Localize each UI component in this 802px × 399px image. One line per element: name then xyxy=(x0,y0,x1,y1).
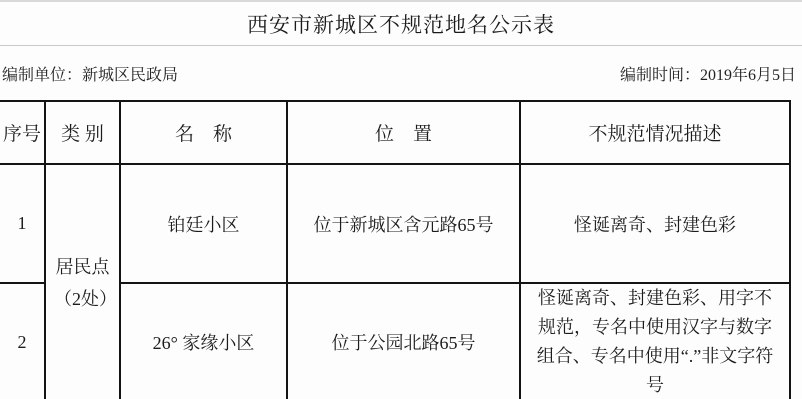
green-edge-mark xyxy=(520,390,521,399)
prepared-date: 编制时间：2019年6月5日 xyxy=(620,62,796,85)
notice-document: 西安市新城区不规范地名公示表 编制单位：新城区民政局 编制时间：2019年6月5… xyxy=(0,0,802,399)
cell-location-2: 位于公园北路65号 xyxy=(287,283,520,399)
cell-no-2: 2 xyxy=(0,283,45,399)
column-header-no: 序号 xyxy=(0,101,45,164)
cell-description-2-text: 怪诞离奇、封建色彩、用字不规范，专名中使用汉字与数字组合、专名中使用“.”非文字… xyxy=(537,288,773,395)
column-header-category: 类 别 xyxy=(45,101,120,164)
prepared-by: 编制单位：新城区民政局 xyxy=(2,62,178,85)
prepared-date-value: 2019年6月5日 xyxy=(700,67,796,84)
cell-no-1: 1 xyxy=(0,164,45,283)
column-header-description: 不规范情况描述 xyxy=(520,101,790,164)
meta-row: 编制单位：新城区民政局 编制时间：2019年6月5日 xyxy=(0,46,802,100)
prepared-date-label: 编制时间： xyxy=(620,67,700,84)
cell-name-2: 26° 家缘小区 xyxy=(120,283,287,399)
cell-category-merged: 居民点（2处） xyxy=(45,164,120,399)
table-header-row: 序号 类 别 名 称 位 置 不规范情况描述 xyxy=(0,101,790,164)
cell-description-1: 怪诞离奇、封建色彩 xyxy=(520,164,790,283)
cell-location-1: 位于新城区含元路65号 xyxy=(287,164,520,283)
column-header-location: 位 置 xyxy=(287,101,520,164)
cell-description-2: 怪诞离奇、封建色彩、用字不规范，专名中使用汉字与数字组合、专名中使用“.”非文字… xyxy=(520,283,790,399)
title-row: 西安市新城区不规范地名公示表 xyxy=(0,2,802,46)
page-title: 西安市新城区不规范地名公示表 xyxy=(247,9,555,39)
column-header-name: 名 称 xyxy=(120,101,287,164)
notice-table: 序号 类 别 名 称 位 置 不规范情况描述 1 居民点（2处） 铂廷小区 位于… xyxy=(0,100,791,399)
prepared-by-label: 编制单位： xyxy=(2,67,82,84)
cell-name-1: 铂廷小区 xyxy=(120,164,287,283)
prepared-by-value: 新城区民政局 xyxy=(82,67,178,84)
table-row: 1 居民点（2处） 铂廷小区 位于新城区含元路65号 怪诞离奇、封建色彩 xyxy=(0,164,790,283)
